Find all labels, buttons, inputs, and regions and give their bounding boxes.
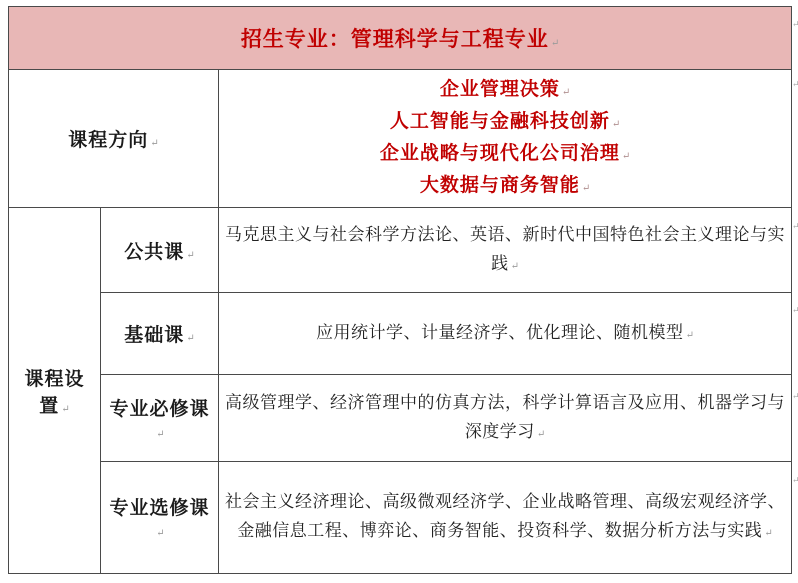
row-end-mark: ↵ xyxy=(792,80,798,89)
course-setup-label: 课程设置 xyxy=(24,369,84,417)
table-header-banner: 招生专业：管理科学与工程专业↵ xyxy=(9,7,792,70)
category-cell-elective-courses: 专业选修课↵ xyxy=(101,462,219,574)
paragraph-mark: ↵ xyxy=(150,138,158,149)
paragraph-mark: ↵ xyxy=(582,183,590,194)
category-cell-public-courses: 公共课↵ xyxy=(101,208,219,293)
course-direction-item: 人工智能与金融科技创新↵ xyxy=(225,107,785,139)
paragraph-mark: ↵ xyxy=(156,429,164,440)
table-row: 课程设置↵ 公共课↵ 马克思主义与社会科学方法论、英语、新时代中国特色社会主义理… xyxy=(9,208,792,293)
paragraph-mark: ↵ xyxy=(622,151,630,162)
content-cell-basic-courses: 应用统计学、计量经济学、优化理论、随机模型↵ xyxy=(219,293,792,375)
content-cell-required-courses: 高级管理学、经济管理中的仿真方法，科学计算语言及应用、机器学习与深度学习↵ xyxy=(219,375,792,462)
course-direction-item: 企业战略与现代化公司治理↵ xyxy=(225,139,785,171)
course-direction-list-cell: 企业管理决策↵ 人工智能与金融科技创新↵ 企业战略与现代化公司治理↵ 大数据与商… xyxy=(219,70,792,208)
row-end-mark: ↵ xyxy=(792,476,798,485)
content-cell-public-courses: 马克思主义与社会科学方法论、英语、新时代中国特色社会主义理论与实践↵ xyxy=(219,208,792,293)
paragraph-mark: ↵ xyxy=(537,429,545,440)
row-end-mark: ↵ xyxy=(792,222,798,231)
document-page: { "header": { "title": "招生专业：管理科学与工程专业" … xyxy=(0,0,798,583)
paragraph-mark: ↵ xyxy=(686,330,694,341)
paragraph-mark: ↵ xyxy=(612,119,620,130)
table-row: 基础课↵ 应用统计学、计量经济学、优化理论、随机模型↵ xyxy=(9,293,792,375)
row-end-mark: ↵ xyxy=(792,306,798,315)
paragraph-mark: ↵ xyxy=(61,404,69,415)
course-direction-label-cell: 课程方向↵ xyxy=(9,70,219,208)
paragraph-mark: ↵ xyxy=(156,528,164,539)
course-direction-label: 课程方向 xyxy=(68,130,148,151)
course-direction-item: 大数据与商务智能↵ xyxy=(225,171,785,203)
table-row: 专业必修课↵ 高级管理学、经济管理中的仿真方法，科学计算语言及应用、机器学习与深… xyxy=(9,375,792,462)
paragraph-mark: ↵ xyxy=(562,87,570,98)
category-cell-basic-courses: 基础课↵ xyxy=(101,293,219,375)
row-end-mark: ↵ xyxy=(792,392,798,401)
row-end-mark: ↵ xyxy=(792,20,798,29)
course-setup-label-cell: 课程设置↵ xyxy=(9,208,101,574)
admission-course-table: 招生专业：管理科学与工程专业↵ 课程方向↵ 企业管理决策↵ 人工智能与金融科技创… xyxy=(8,6,792,574)
paragraph-mark: ↵ xyxy=(186,250,194,261)
paragraph-mark: ↵ xyxy=(764,528,772,539)
content-cell-elective-courses: 社会主义经济理论、高级微观经济学、企业战略管理、高级宏观经济学、金融信息工程、博… xyxy=(219,462,792,574)
admission-major-title: 招生专业：管理科学与工程专业 xyxy=(241,27,549,51)
paragraph-mark: ↵ xyxy=(551,38,559,49)
category-cell-required-courses: 专业必修课↵ xyxy=(101,375,219,462)
table-row: 专业选修课↵ 社会主义经济理论、高级微观经济学、企业战略管理、高级宏观经济学、金… xyxy=(9,462,792,574)
course-direction-item: 企业管理决策↵ xyxy=(225,75,785,107)
paragraph-mark: ↵ xyxy=(511,261,519,272)
paragraph-mark: ↵ xyxy=(186,333,194,344)
